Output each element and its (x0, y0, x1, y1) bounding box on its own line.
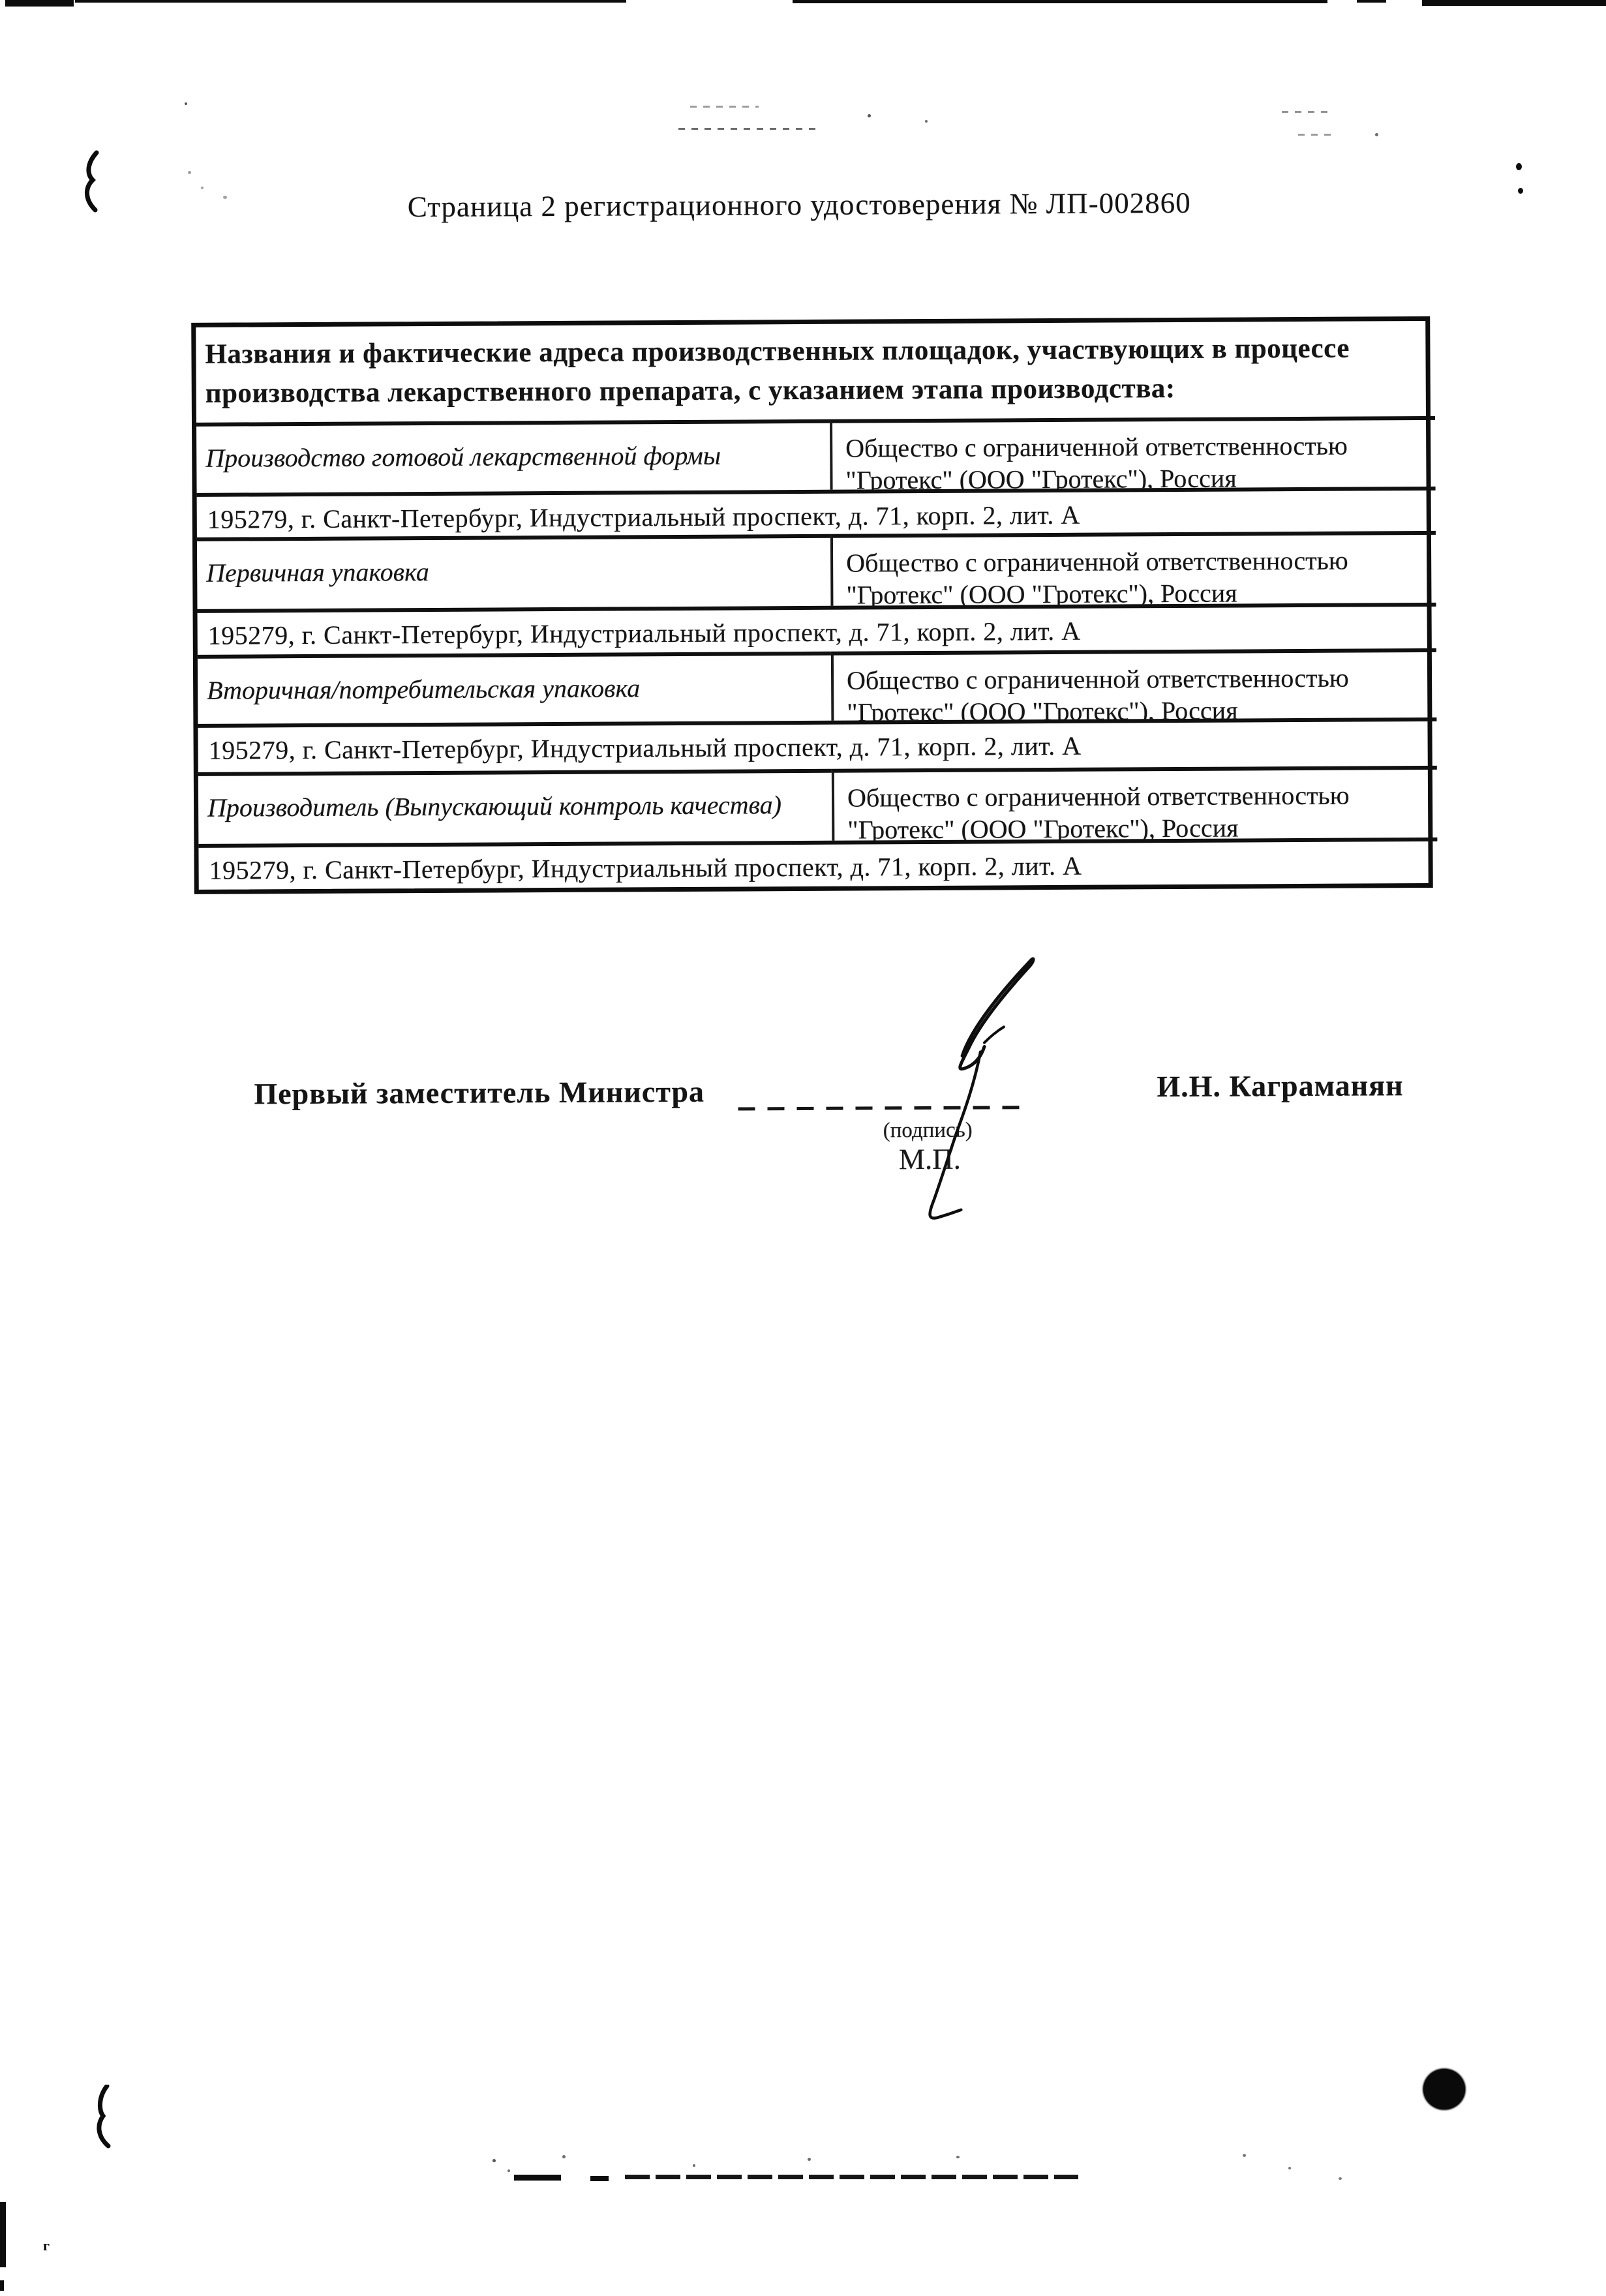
bottom-speck-3 (562, 2155, 566, 2158)
stage-cell-3: Вторичная/потребительская упаковка (198, 652, 832, 724)
scan-edge-top-4 (1357, 0, 1386, 3)
bottom-speck-8 (1288, 2167, 1291, 2169)
company-cell-3: Общество с ограниченной ответственностью… (831, 648, 1437, 721)
bottom-speck-1 (492, 2159, 496, 2162)
bottom-speck-5 (808, 2158, 811, 2161)
scan-noise-dash-2 (690, 106, 759, 108)
bottom-noise-dash-2 (590, 2176, 609, 2181)
scan-noise-dash-1 (678, 128, 822, 130)
table-header: Названия и фактические адреса производст… (196, 321, 1435, 423)
bottom-speck-7 (1243, 2154, 1246, 2157)
stage-cell-1: Производство готовой лекарственной формы (196, 419, 830, 493)
scan-speck-6 (201, 187, 204, 189)
scan-speck-1 (868, 114, 871, 117)
scan-edge-top-1 (5, 0, 74, 7)
bottom-speck-9 (1339, 2177, 1342, 2180)
stage-cell-2: Первичная упаковка (197, 534, 831, 609)
ink-blot (1423, 2069, 1465, 2109)
scan-edge-top-3 (793, 0, 1327, 3)
document-content: Страница 2 регистрационного удостоверени… (0, 0, 1606, 2296)
page-title: Страница 2 регистрационного удостоверени… (0, 184, 1602, 226)
bottom-noise-dash-1 (514, 2175, 561, 2181)
scan-speck-4 (185, 102, 187, 105)
scan-speck-5 (188, 171, 191, 174)
bottom-speck-6 (956, 2156, 960, 2158)
address-cell-4: 195279, г. Санкт-Петербург, Индустриальн… (198, 838, 1437, 890)
scan-edge-top-2 (75, 0, 626, 3)
address-cell-1: 195279, г. Санкт-Петербург, Индустриальн… (197, 487, 1436, 537)
margin-brace-bottom-icon (90, 2085, 123, 2150)
scan-noise-dash-3 (1282, 111, 1334, 113)
company-cell-4: Общество с ограниченной ответственностью… (832, 766, 1438, 841)
bottom-speck-4 (693, 2164, 695, 2167)
margin-brace-top-icon (78, 150, 111, 215)
scan-noise-dash-4 (1298, 134, 1337, 136)
scan-edge-left-strip-2 (0, 2280, 4, 2291)
scan-speck-7 (223, 196, 227, 199)
company-cell-2: Общество с ограниченной ответственностью… (830, 531, 1436, 606)
corner-noise-glyph: г (43, 2237, 50, 2254)
scanned-document-page: Страница 2 регистрационного удостоверени… (0, 0, 1606, 2296)
address-cell-3: 195279, г. Санкт-Петербург, Индустриальн… (198, 717, 1436, 772)
bottom-speck-2 (508, 2169, 510, 2172)
bottom-noise-line (625, 2175, 1078, 2179)
scan-edge-left-strip (0, 2202, 6, 2267)
margin-colon-dot-2 (1518, 188, 1523, 194)
scan-edge-top-5 (1422, 0, 1606, 6)
scan-speck-3 (1375, 133, 1378, 136)
address-cell-2: 195279, г. Санкт-Петербург, Индустриальн… (198, 603, 1436, 655)
handwritten-signature-icon (815, 931, 1144, 1259)
company-cell-1: Общество с ограниченной ответственностью… (830, 416, 1436, 490)
scan-speck-2 (925, 120, 928, 123)
stage-cell-4: Производитель (Выпускающий контроль каче… (198, 769, 832, 844)
production-sites-table: Названия и фактические адреса производст… (191, 316, 1433, 894)
signatory-name: И.Н. Каграманян (1157, 1068, 1403, 1104)
margin-colon-dot-1 (1516, 163, 1522, 170)
signatory-position: Первый заместитель Министра (254, 1074, 705, 1111)
